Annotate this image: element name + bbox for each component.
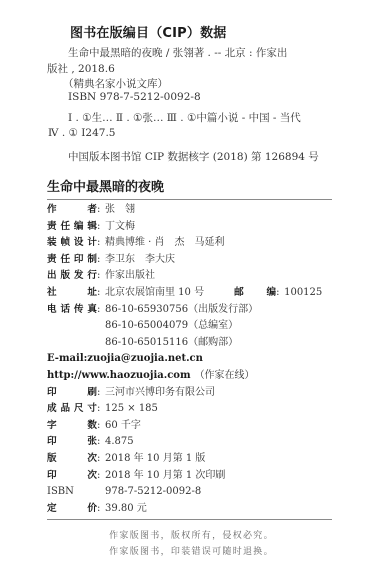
cip-library-record: 中国版本图书馆 CIP 数据核字 (2018) 第 126894 号: [68, 149, 319, 164]
price-value: 39.80 元: [105, 501, 147, 518]
info-row-sheets: 印张: 4.875: [47, 434, 322, 451]
info-row-phone-3: 86-10-65015116（邮购部）: [47, 335, 322, 352]
publisher-value: 作家出版社: [105, 268, 155, 285]
postcode-value: 100125: [284, 285, 322, 302]
info-row-phone: 电话传真: 86-10-65930756（出版发行部）: [47, 302, 322, 319]
cip-line-2: 版社 , 2018.6: [47, 61, 115, 76]
colon: :: [97, 451, 105, 468]
copyright-notice: 作家版图书，版权所有，侵权必究。: [0, 528, 375, 541]
edition-value: 2018 年 10 月第 1 版: [105, 451, 205, 468]
cip-series: （精典名家小说文库）: [63, 76, 168, 91]
info-row-design: 装帧设计: 精典博维 · 肖 杰 马延利: [47, 235, 322, 252]
info-row-isbn: ISBN 978-7-5212-0092-8: [47, 484, 322, 501]
publisher-label: 出版发行: [47, 268, 97, 285]
printer-value: 三河市兴博印务有限公司: [105, 385, 215, 402]
author-label: 作者: [47, 202, 97, 219]
design-value: 精典博维 · 肖 杰 马延利: [105, 235, 225, 252]
info-row-editor: 责任编辑: 丁文梅: [47, 219, 322, 236]
sheets-label: 印张: [47, 434, 97, 451]
website-link[interactable]: http://www.haozuojia.com: [47, 368, 191, 385]
printer-label: 印刷: [47, 385, 97, 402]
cip-classification-1: Ⅰ . ①生… Ⅱ . ①张… Ⅲ . ①中篇小说 - 中国 - 当代: [68, 110, 301, 125]
colon: :: [97, 468, 105, 485]
impression-label: 印次: [47, 468, 97, 485]
colon: :: [276, 285, 284, 302]
word-count-value: 60 千字: [105, 418, 141, 435]
colon: :: [97, 285, 105, 302]
colon: :: [97, 235, 105, 252]
info-row-website: http://www.haozuojia.com （作家在线）: [47, 368, 322, 385]
phone-line-1: 86-10-65930756（出版发行部）: [105, 302, 258, 319]
cip-title: 图书在版编目（CIP）数据: [70, 22, 227, 41]
isbn-label: ISBN: [47, 484, 105, 501]
cip-isbn: ISBN 978-7-5212-0092-8: [68, 91, 201, 103]
printing-supervisor-label: 责任印制: [47, 252, 97, 269]
phone-line-3: 86-10-65015116（邮购部）: [105, 335, 238, 352]
info-row-word-count: 字数: 60 千字: [47, 418, 322, 435]
info-row-price: 定价: 39.80 元: [47, 501, 322, 518]
info-row-printer: 印刷: 三河市兴博印务有限公司: [47, 385, 322, 402]
colon: :: [97, 501, 105, 518]
isbn-value: 978-7-5212-0092-8: [105, 484, 201, 501]
address-label: 社址: [47, 285, 97, 302]
website-note: （作家在线）: [195, 368, 255, 385]
size-value: 125 × 185: [105, 401, 158, 418]
publication-info: 作者: 张 翎 责任编辑: 丁文梅 装帧设计: 精典博维 · 肖 杰 马延利 责…: [47, 202, 322, 517]
phone-label: 电话传真: [47, 302, 97, 319]
bottom-divider: [47, 519, 332, 520]
cip-line-1: 生命中最黑暗的夜晚 / 张翎著 . -- 北京 : 作家出: [68, 45, 287, 60]
email-link[interactable]: E-mail:zuojia@zuojia.net.cn: [47, 351, 203, 368]
postcode-label: 邮编: [234, 285, 276, 302]
editor-value: 丁文梅: [105, 219, 135, 236]
sheets-value: 4.875: [105, 434, 134, 451]
design-label: 装帧设计: [47, 235, 97, 252]
colon: :: [97, 268, 105, 285]
info-row-edition: 版次: 2018 年 10 月第 1 版: [47, 451, 322, 468]
cip-classification-2: Ⅳ . ① I247.5: [48, 127, 115, 139]
colon: :: [97, 385, 105, 402]
info-row-impression: 印次: 2018 年 10 月第 1 次印刷: [47, 468, 322, 485]
colon: :: [97, 302, 105, 319]
info-row-address: 社址: 北京农展馆南里 10 号 邮编: 100125: [47, 285, 322, 302]
book-title: 生命中最黑暗的夜晚: [47, 176, 164, 195]
size-label: 成品尺寸: [47, 401, 97, 418]
info-row-publisher: 出版发行: 作家出版社: [47, 268, 322, 285]
replacement-notice: 作家版图书，印装错误可随时退换。: [0, 544, 375, 557]
author-value: 张 翎: [105, 202, 135, 219]
printing-supervisor-value: 李卫东 李大庆: [105, 252, 175, 269]
info-row-email: E-mail:zuojia@zuojia.net.cn: [47, 351, 322, 368]
info-row-size: 成品尺寸: 125 × 185: [47, 401, 322, 418]
top-divider: [47, 199, 332, 200]
colon: :: [97, 418, 105, 435]
price-label: 定价: [47, 501, 97, 518]
colon: :: [97, 202, 105, 219]
address-value: 北京农展馆南里 10 号: [105, 285, 204, 302]
colon: :: [97, 252, 105, 269]
editor-label: 责任编辑: [47, 219, 97, 236]
colon: :: [97, 434, 105, 451]
info-row-phone-2: 86-10-65004079（总编室）: [47, 318, 322, 335]
colon: :: [97, 219, 105, 236]
colon: :: [97, 401, 105, 418]
edition-label: 版次: [47, 451, 97, 468]
phone-line-2: 86-10-65004079（总编室）: [105, 318, 238, 335]
word-count-label: 字数: [47, 418, 97, 435]
info-row-printing-supervisor: 责任印制: 李卫东 李大庆: [47, 252, 322, 269]
impression-value: 2018 年 10 月第 1 次印刷: [105, 468, 225, 485]
info-row-author: 作者: 张 翎: [47, 202, 322, 219]
